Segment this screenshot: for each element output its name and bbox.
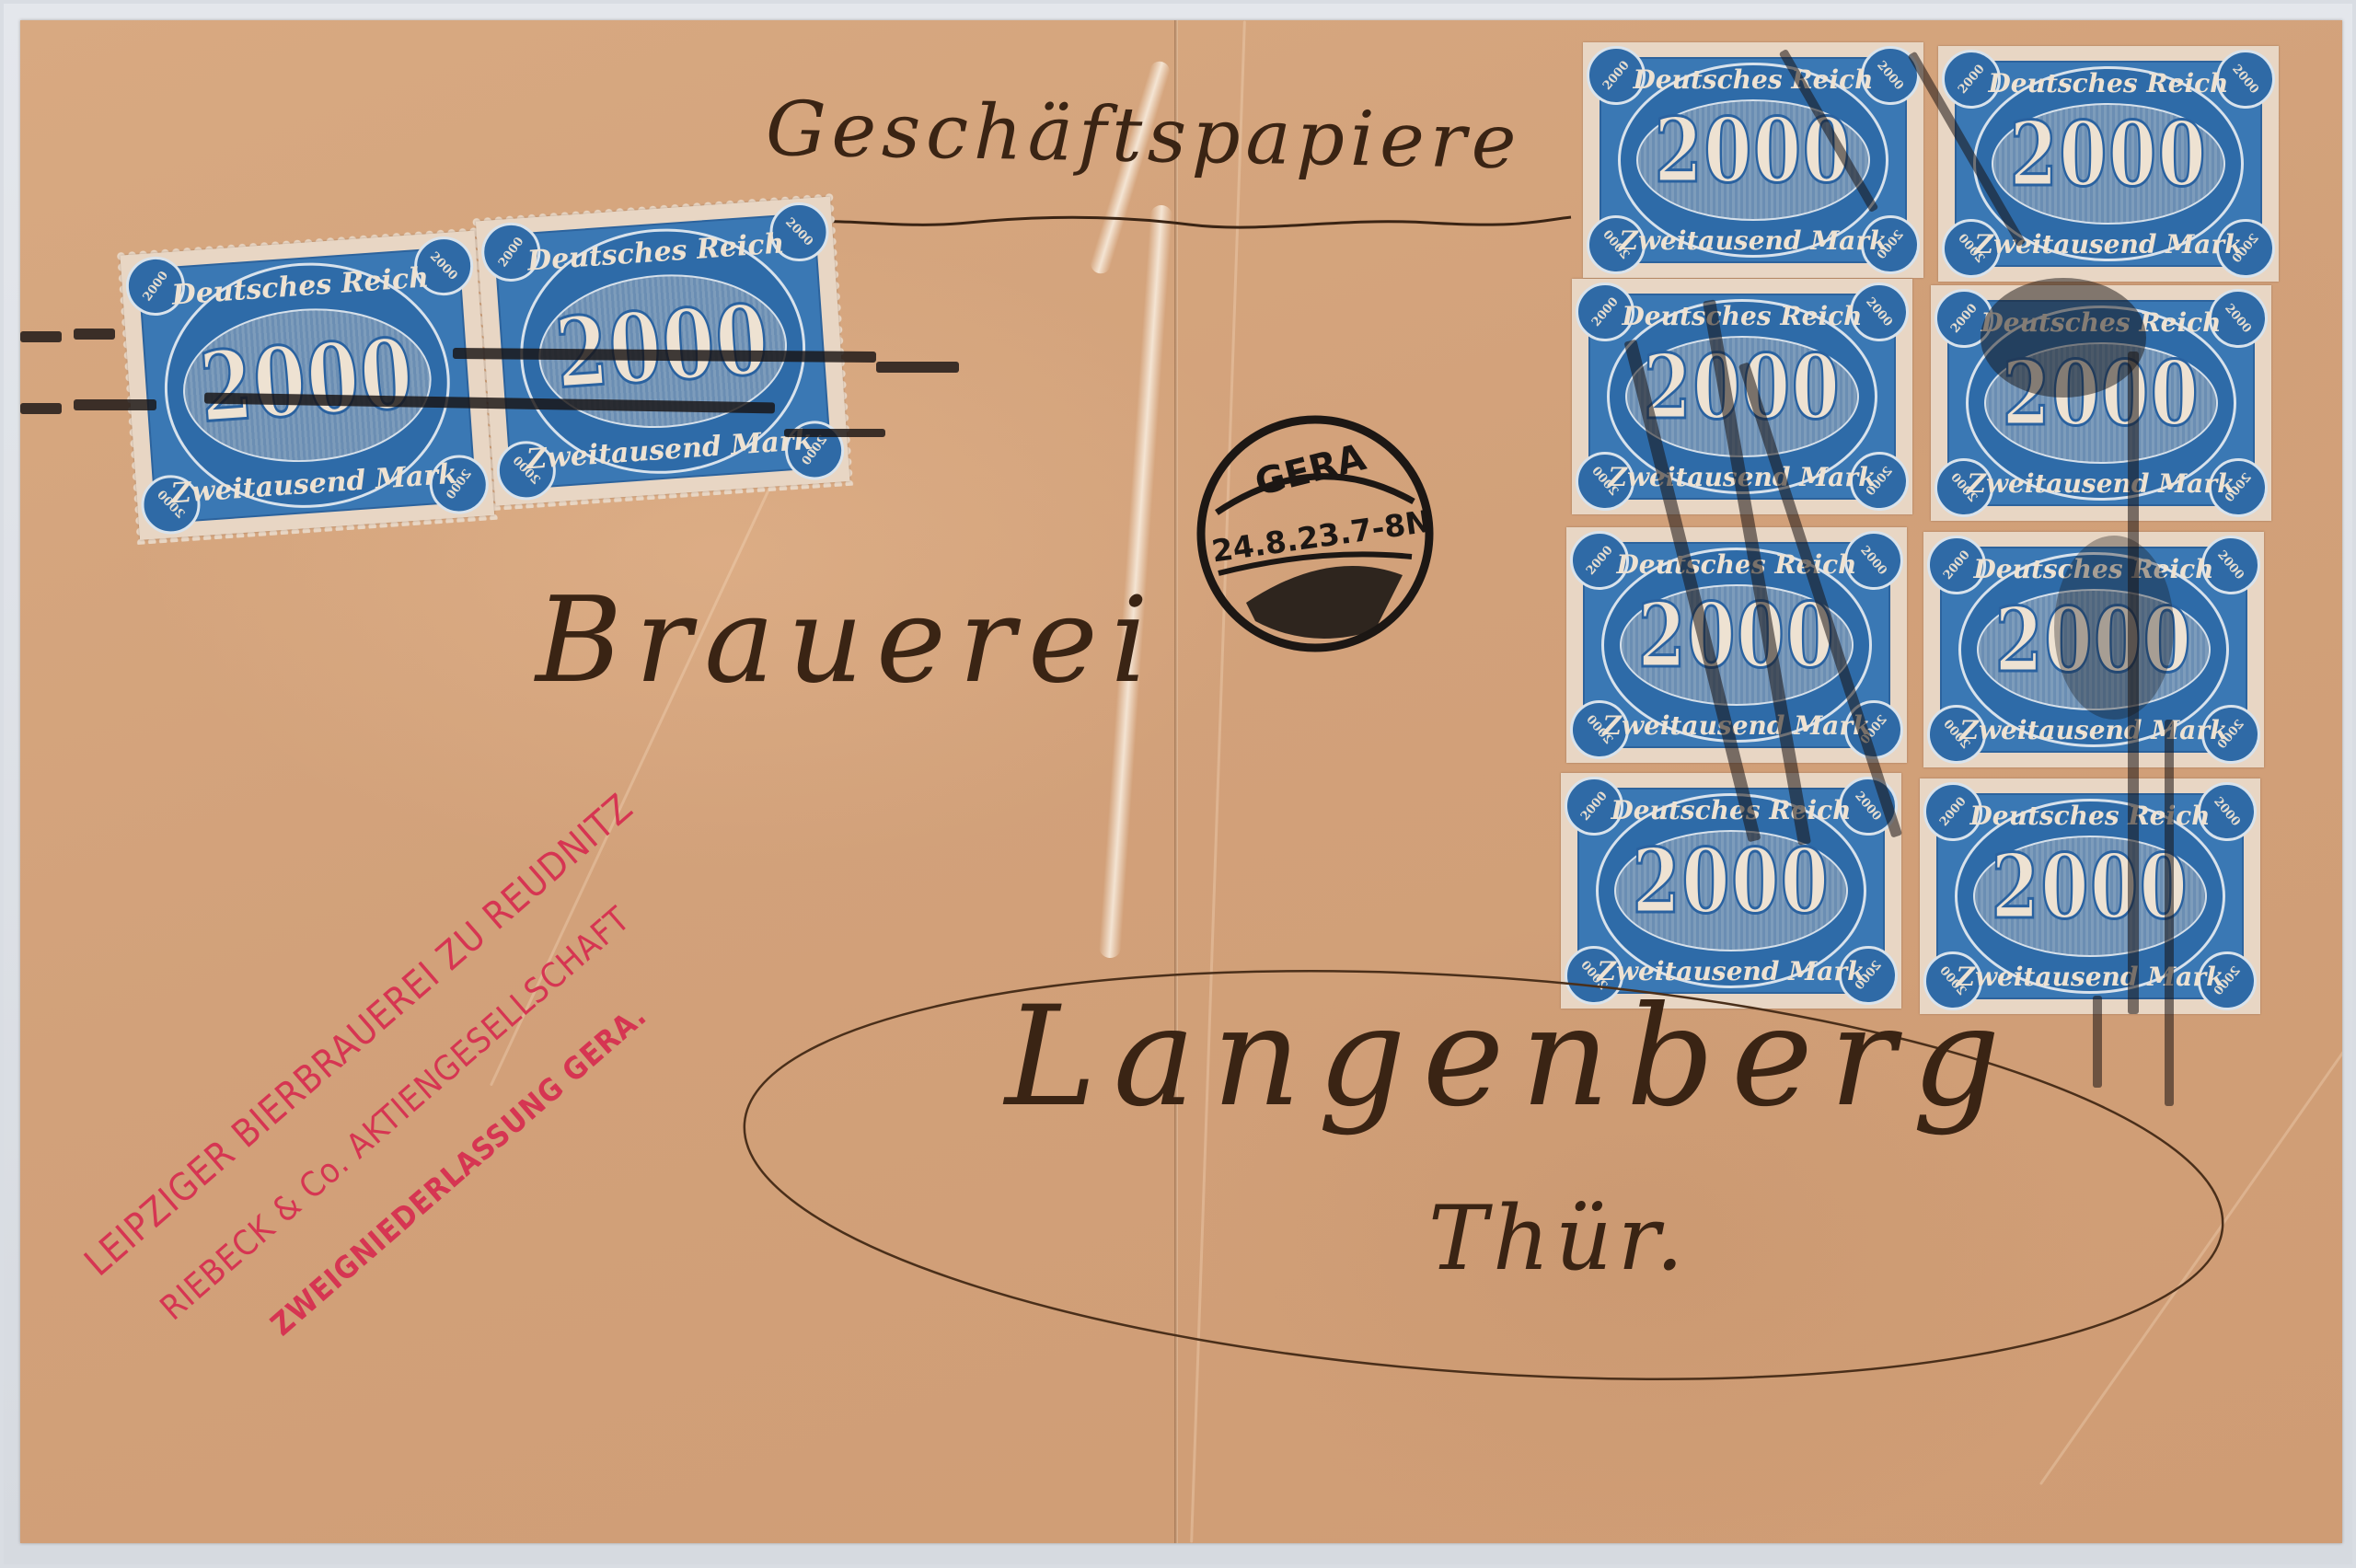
- cancellation-bar: [74, 399, 156, 410]
- annotation-text: Geschäftspapiere: [765, 86, 1522, 186]
- cancellation-smudge: [1981, 278, 2146, 398]
- stamp-value: 2000: [1976, 110, 2242, 199]
- cancellation-bar: [74, 329, 115, 340]
- stamp-country: Deutsches Reich: [1920, 801, 2260, 831]
- cancellation-bar: [876, 362, 959, 373]
- stamp-denomination: Zweitausend Mark: [1931, 468, 2271, 499]
- envelope: Geschäftspapiere 2000 2000 2000 2000 Deu…: [20, 20, 2342, 1543]
- stamp-value: 2000: [166, 323, 449, 438]
- stamp-value: 2000: [1599, 837, 1865, 926]
- cancellation-bar: [784, 429, 885, 437]
- stamp-country: Deutsches Reich: [1583, 64, 1923, 95]
- cancellation-smudge: [2128, 352, 2139, 1014]
- left-stamp-pair: 2000 2000 2000 2000 Deutsches Reich 2000…: [120, 196, 856, 540]
- stamp-country: Deutsches Reich: [1572, 301, 1912, 331]
- stamp-denomination: Zweitausend Mark: [1923, 715, 2264, 745]
- stamp-value: 2000: [1958, 843, 2223, 931]
- stamp-country: Deutsches Reich: [1566, 549, 1907, 580]
- stamp: 2000 2000 2000 2000 Deutsches Reich 2000…: [120, 231, 494, 540]
- address-line-2: Langenberg: [1005, 977, 2017, 1137]
- cancellation-bar: [20, 331, 62, 342]
- sender-stamp-line-2: RIEBECK & Co. AKTIENGESELLSCHAFT: [153, 899, 638, 1328]
- address-line-3: Thür.: [1428, 1187, 1690, 1290]
- annotation-underline: [784, 204, 1576, 241]
- stamp-country: Deutsches Reich: [1938, 68, 2279, 98]
- stamp-value: 2000: [521, 289, 804, 404]
- cancellation-smudge: [2054, 536, 2174, 720]
- stamp-denomination: Zweitausend Mark: [1938, 229, 2279, 259]
- stamp: 2000200020002000Deutsches Reich2000Zweit…: [1938, 46, 2279, 282]
- stamp: 2000200020002000Deutsches Reich2000Zweit…: [1583, 42, 1923, 278]
- stamp-denomination: Zweitausend Mark: [1583, 225, 1923, 256]
- address-line-1: Brauerei: [536, 572, 1161, 709]
- postmark-date: 24.8.23.7-8N: [1209, 503, 1433, 570]
- gera-postmark: GERA 24.8.23.7-8N: [1191, 409, 1439, 658]
- cancellation-bar: [20, 403, 62, 414]
- postmark-city: GERA: [1251, 436, 1369, 504]
- sender-stamp-line-1: LEIPZIGER BIERBRAUEREI ZU REUDNITZ: [76, 785, 641, 1285]
- stamp-country: Deutsches Reich: [1561, 795, 1901, 825]
